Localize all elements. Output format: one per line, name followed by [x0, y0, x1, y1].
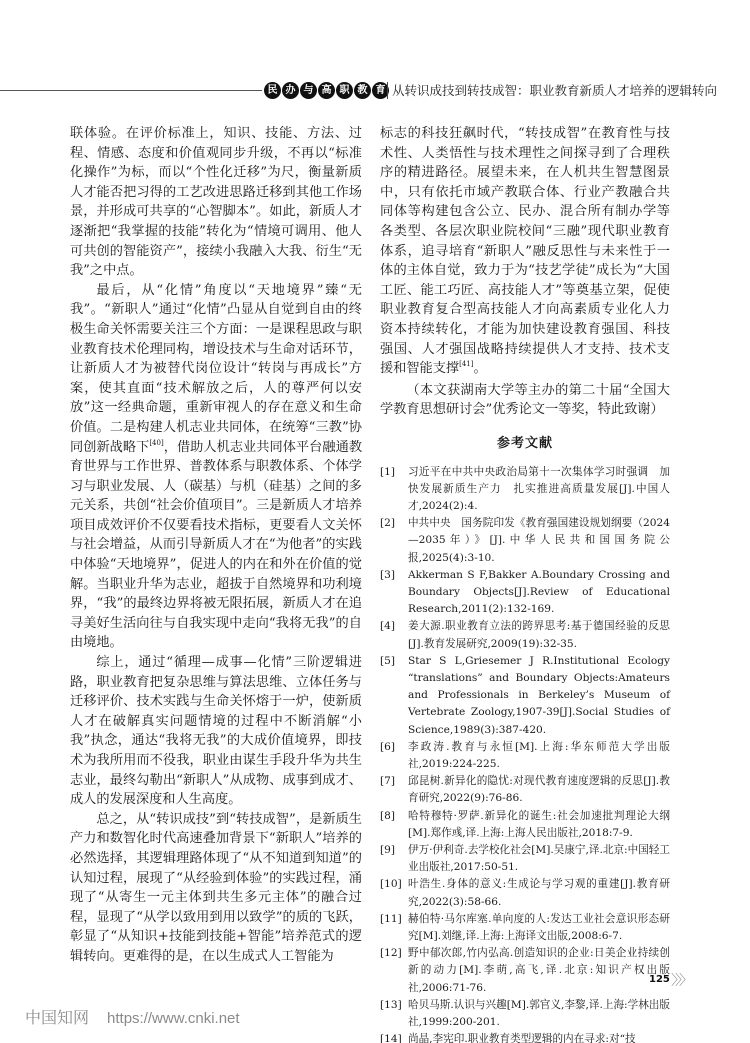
- reference-number: [5]: [380, 653, 408, 739]
- section-badge: 民: [264, 82, 281, 99]
- reference-item: [2]中共中央 国务院印发《教育强国建设规划纲要（2024—2035年）》[J]…: [380, 515, 670, 567]
- running-title: 从转识成技到转技成智：职业教育新质人才培养的逻辑转向: [392, 82, 717, 99]
- reference-number: [14]: [380, 1031, 408, 1043]
- acknowledgement: （本文获湖南大学等主办的第二十届“全国大学教育思想研讨会”优秀论文一等奖，特此致…: [380, 381, 670, 420]
- watermark-url[interactable]: https://www.cnki.net: [107, 1010, 240, 1027]
- watermark: 中国知网https://www.cnki.net: [25, 1005, 240, 1028]
- paragraph: 总之，从“转识成技”到“转技成智”，是新质生产力和数智化时代高速叠加背景下“新职…: [70, 810, 362, 967]
- paragraph-text: ，借助人机志业共同体平台融通教育世界与工作世界、普教体系与职教体系、个体学习与职…: [70, 440, 362, 651]
- reference-number: [6]: [380, 739, 408, 773]
- section-badges: 民 办 与 高 职 教 育: [264, 82, 389, 99]
- reference-text: Akkerman S F,Bakker A.Boundary Crossing …: [408, 567, 670, 619]
- reference-number: [9]: [380, 842, 408, 876]
- reference-text: 李政涛.教育与永恒[M].上海:华东师范大学出版社,2019:224-225.: [408, 739, 670, 773]
- reference-text: 叶浩生.身体的意义:生成论与学习观的重建[J].教育研究,2022(3):58-…: [408, 876, 670, 910]
- reference-item: [10]叶浩生.身体的意义:生成论与学习观的重建[J].教育研究,2022(3)…: [380, 876, 670, 910]
- section-badge: 教: [354, 82, 371, 99]
- reference-item: [11]赫伯特·马尔库塞.单向度的人:发达工业社会意识形态研究[M].刘继,译.…: [380, 911, 670, 945]
- chevron-right-icon: 〉〉〉: [671, 970, 690, 990]
- reference-item: [3]Akkerman S F,Bakker A.Boundary Crossi…: [380, 567, 670, 619]
- reference-text: Star S L,Griesemer J R.Institutional Eco…: [408, 653, 670, 739]
- reference-text: 姜大源.职业教育立法的跨界思考:基于德国经验的反思[J].教育发展研究,2009…: [408, 618, 670, 652]
- paragraph-text: 标志的科技狂飙时代，“转技成智”在教育性与技术性、人类悟性与技术理性之间探寻到了…: [380, 126, 670, 376]
- reference-text: 习近平在中共中央政治局第十一次集体学习时强调 加快发展新质生产力 扎实推进高质量…: [408, 464, 670, 516]
- reference-item: [14]尚晶,李宪印.职业教育类型逻辑的内在寻求:对“技: [380, 1031, 670, 1043]
- reference-number: [10]: [380, 876, 408, 910]
- section-badge: 职: [336, 82, 353, 99]
- reference-item: [5]Star S L,Griesemer J R.Institutional …: [380, 653, 670, 739]
- reference-item: [8]哈特穆特·罗萨.新异化的诞生:社会加速批判理论大纲[M].郑作彧,译.上海…: [380, 808, 670, 842]
- reference-number: [4]: [380, 618, 408, 652]
- reference-item: [13]哈贝马斯.认识与兴趣[M].郭官义,李黎,译.上海:学林出版社,1999…: [380, 997, 670, 1031]
- reference-number: [1]: [380, 464, 408, 516]
- running-header: 民 办 与 高 职 教 育 从转识成技到转技成智：职业教育新质人才培养的逻辑转向: [0, 80, 750, 100]
- section-badge: 与: [300, 82, 317, 99]
- paragraph-text: 。: [474, 361, 487, 376]
- section-badge: 办: [282, 82, 299, 99]
- section-badge: 高: [318, 82, 335, 99]
- reference-number: [2]: [380, 515, 408, 567]
- citation-link[interactable]: [41]: [459, 360, 473, 368]
- paragraph-text: 最后，从“化情”角度以“天地境界”臻“无我”。“新职人”通过“化情”凸显从自觉到…: [70, 283, 362, 455]
- reference-text: 哈贝马斯.认识与兴趣[M].郭官义,李黎,译.上海:学林出版社,1999:200…: [408, 997, 670, 1031]
- reference-item: [1]习近平在中共中央政治局第十一次集体学习时强调 加快发展新质生产力 扎实推进…: [380, 464, 670, 516]
- reference-text: 伊万·伊利奇.去学校化社会[M].吴康宁,译.北京:中国轻工业出版社,2017:…: [408, 842, 670, 876]
- reference-number: [7]: [380, 773, 408, 807]
- reference-text: 野中郁次郎,竹内弘高.创造知识的企业:日美企业持续创新的动力[M].李萌,高飞,…: [408, 945, 670, 997]
- reference-number: [3]: [380, 567, 408, 619]
- header-separator: [387, 82, 388, 99]
- reference-item: [7]邱昆树.新异化的隐忧:对现代教育速度逻辑的反思[J].教育研究,2022(…: [380, 773, 670, 807]
- reference-item: [9]伊万·伊利奇.去学校化社会[M].吴康宁,译.北京:中国轻工业出版社,20…: [380, 842, 670, 876]
- paragraph: 综上，通过“循理—成事—化情”三阶逻辑进路，职业教育把复杂思维与算法思维、立体任…: [70, 653, 362, 810]
- reference-text: 哈特穆特·罗萨.新异化的诞生:社会加速批判理论大纲[M].郑作彧,译.上海:上海…: [408, 808, 670, 842]
- watermark-site: 中国知网: [25, 1010, 89, 1027]
- paragraph: 联体验。在评价标准上，知识、技能、方法、过程、情感、态度和价值观同步升级，不再以…: [70, 124, 362, 281]
- reference-number: [11]: [380, 911, 408, 945]
- right-column: 标志的科技狂飙时代，“转技成智”在教育性与技术性、人类悟性与技术理性之间探寻到了…: [380, 124, 670, 1043]
- reference-item: [12]野中郁次郎,竹内弘高.创造知识的企业:日美企业持续创新的动力[M].李萌…: [380, 945, 670, 997]
- reference-text: 赫伯特·马尔库塞.单向度的人:发达工业社会意识形态研究[M].刘继,译.上海:上…: [408, 911, 670, 945]
- reference-number: [12]: [380, 945, 408, 997]
- left-column: 联体验。在评价标准上，知识、技能、方法、过程、情感、态度和价值观同步升级，不再以…: [70, 124, 362, 967]
- paragraph: 最后，从“化情”角度以“天地境界”臻“无我”。“新职人”通过“化情”凸显从自觉到…: [70, 281, 362, 653]
- reference-number: [13]: [380, 997, 408, 1031]
- reference-text: 尚晶,李宪印.职业教育类型逻辑的内在寻求:对“技: [408, 1031, 670, 1043]
- reference-item: [6]李政涛.教育与永恒[M].上海:华东师范大学出版社,2019:224-22…: [380, 739, 670, 773]
- page-number: 125: [649, 974, 670, 985]
- reference-text: 邱昆树.新异化的隐忧:对现代教育速度逻辑的反思[J].教育研究,2022(9):…: [408, 773, 670, 807]
- references-heading: 参考文献: [380, 434, 670, 454]
- reference-text: 中共中央 国务院印发《教育强国建设规划纲要（2024—2035年）》[J].中华…: [408, 515, 670, 567]
- reference-number: [8]: [380, 808, 408, 842]
- paragraph: 标志的科技狂飙时代，“转技成智”在教育性与技术性、人类悟性与技术理性之间探寻到了…: [380, 124, 670, 379]
- reference-item: [4]姜大源.职业教育立法的跨界思考:基于德国经验的反思[J].教育发展研究,2…: [380, 618, 670, 652]
- references-list: [1]习近平在中共中央政治局第十一次集体学习时强调 加快发展新质生产力 扎实推进…: [380, 464, 670, 1043]
- citation-link[interactable]: [40]: [149, 439, 163, 447]
- header-rule: [0, 90, 262, 91]
